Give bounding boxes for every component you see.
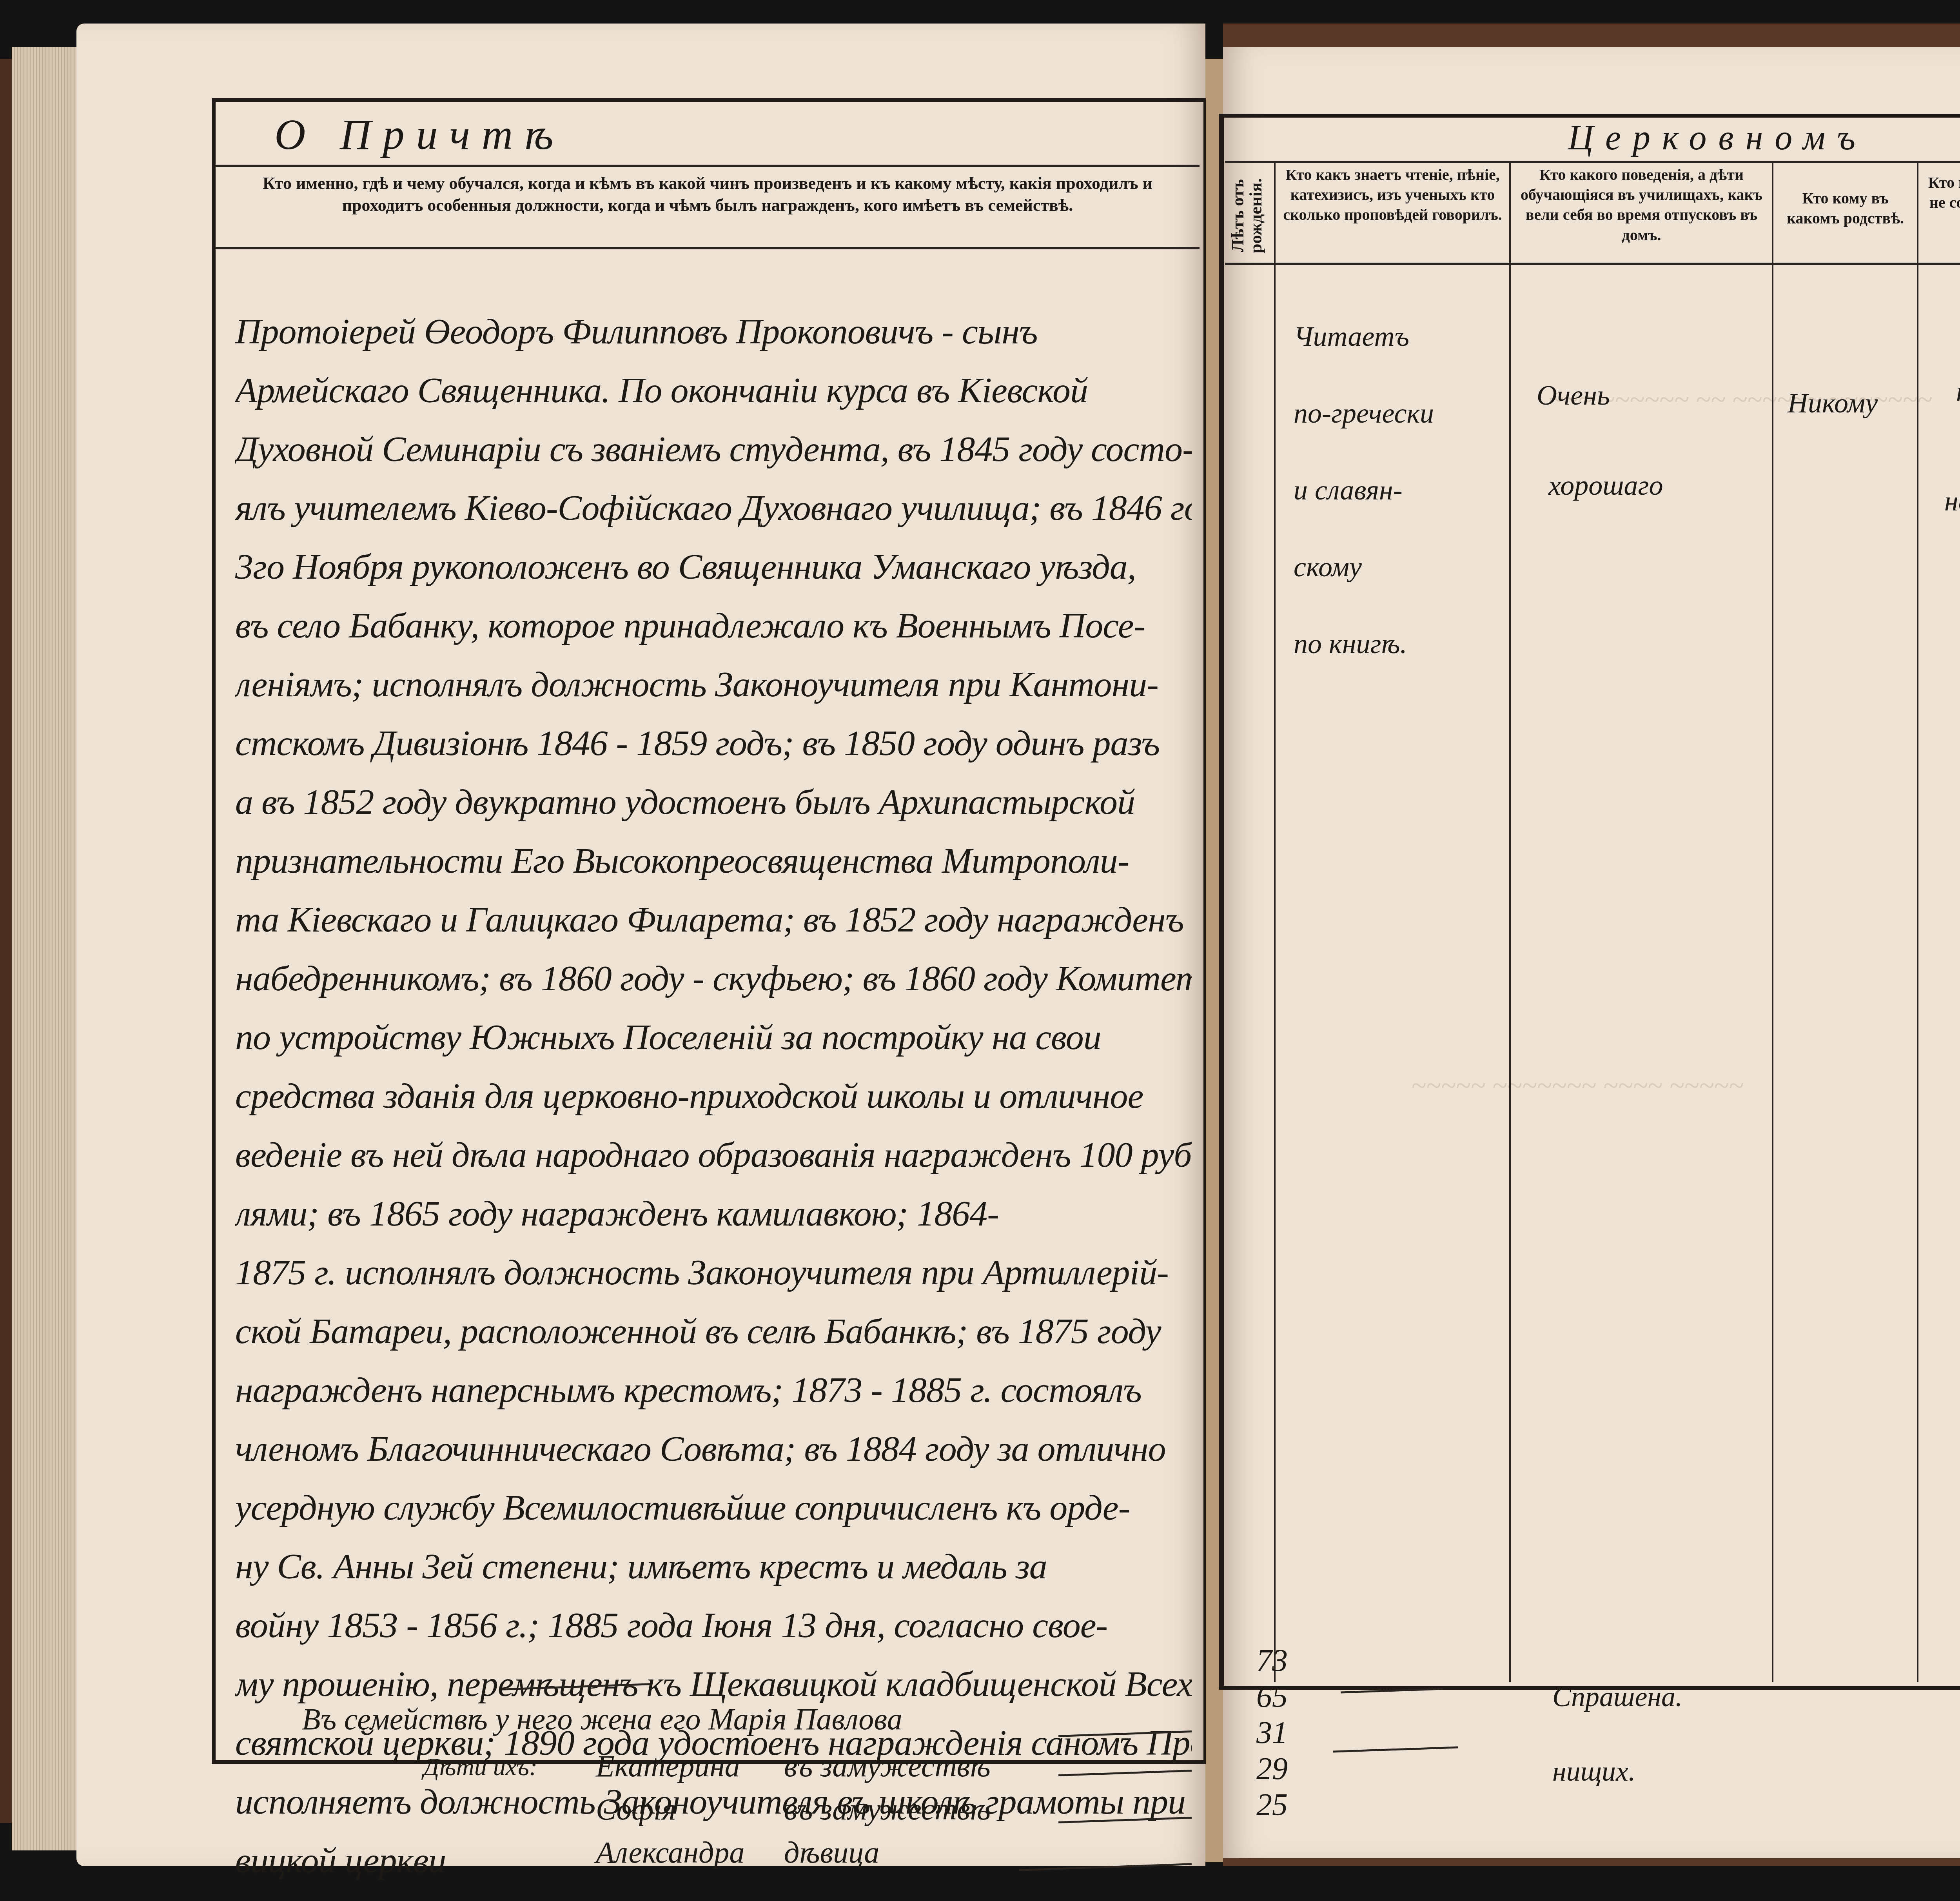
entry-line: стскомъ Дивизіонѣ 1846 - 1859 годъ; въ 1… [235, 714, 1192, 772]
reading-column-values: Читаетъ по-гречески и славян- скому по к… [1294, 298, 1434, 682]
entry-line: 3го Ноября рукоположенъ во Священника Ум… [235, 537, 1192, 596]
entry-line: ской Батареи, расположенной въ селѣ Баба… [235, 1302, 1192, 1360]
penalty-value: не былъ [1956, 353, 1960, 430]
age-value: 25 [1256, 1787, 1288, 1823]
entry-line: Армейскаго Священника. По окончаніи курс… [235, 361, 1192, 419]
left-page-title: О Причтѣ [274, 110, 565, 160]
kinship-column-header: Кто кому въ какомъ родствѣ. [1776, 188, 1915, 228]
child-name: Александра [596, 1835, 745, 1870]
column-divider [1274, 161, 1276, 1682]
right-header-rule [1225, 263, 1960, 265]
reading-column-header: Кто какъ знаетъ чтеніе, пѣніе, катехизис… [1278, 165, 1507, 225]
age-value: 29 [1256, 1751, 1288, 1787]
penalty-value: не состоитъ. [1944, 463, 1960, 539]
child-name: Софія [596, 1792, 676, 1827]
behavior-value: хорошаго [1548, 447, 1663, 524]
left-header-rule [216, 247, 1200, 249]
entry-line: въ село Бабанку, которое принадлежало къ… [235, 596, 1192, 655]
cell-text: по-гречески [1294, 375, 1434, 452]
right-title-rule [1225, 161, 1960, 163]
behavior-value: Спрашена. [1552, 1658, 1682, 1735]
entry-line: ну Св. Анны 3ей степени; имѣетъ крестъ и… [235, 1537, 1192, 1596]
cell-text: Читаетъ [1294, 298, 1434, 375]
entry-line: леніямъ; исполнялъ должность Законоучите… [235, 655, 1192, 714]
left-column-header: Кто именно, гдѣ и чему обучался, когда и… [227, 172, 1188, 217]
column-divider [1917, 161, 1918, 1682]
age-value: 65 [1256, 1679, 1288, 1715]
cell-text: скому [1294, 528, 1434, 605]
entry-line: войну 1853 - 1856 г.; 1885 года Іюня 13 … [235, 1596, 1192, 1654]
entry-line: веденіе въ ней дѣла народнаго образовані… [235, 1125, 1192, 1184]
entry-line: Протоіерей Өеодоръ Филипповъ Прокоповичъ… [235, 302, 1192, 361]
cell-text: по книгѣ. [1294, 605, 1434, 682]
entry-line: лями; въ 1865 году награжденъ камилавкою… [235, 1184, 1192, 1243]
entry-line: та Кіевскаго и Галицкаго Филарета; въ 18… [235, 890, 1192, 949]
child-name: Екатерина [596, 1748, 740, 1784]
entry-line: членомъ Благочинническаго Совѣта; въ 188… [235, 1419, 1192, 1478]
entry-line: признательности Его Высокопреосвященства… [235, 831, 1192, 890]
age-column-header: Лѣтъ отъ рожденія. [1229, 172, 1272, 259]
column-divider [1509, 161, 1511, 1682]
kinship-value: Никому [1788, 365, 1878, 441]
right-page-title: Церковномъ [1568, 118, 1867, 158]
child-status: въ замужествѣ [784, 1792, 991, 1827]
clergy-entry-text: Протоіерей Өеодоръ Филипповъ Прокоповичъ… [235, 302, 1192, 1890]
behavior-value: Очень [1537, 357, 1610, 434]
entry-line: а въ 1852 году двукратно удостоенъ былъ … [235, 772, 1192, 831]
penalty-column-header: Кто когда былъ штрафованъ или не состоял… [1921, 172, 1960, 233]
child-status: въ замужествѣ [784, 1748, 991, 1784]
entry-line: ялъ учителемъ Кіево-Софійскаго Духовнаго… [235, 478, 1192, 537]
child-status: дѣвица [784, 1835, 879, 1870]
cell-text: и славян- [1294, 452, 1434, 528]
behavior-column-header: Кто какого поведенія, а дѣти обучающіяся… [1513, 165, 1770, 245]
age-value: 73 [1256, 1643, 1288, 1679]
children-label: Дѣти ихъ: [423, 1752, 537, 1781]
entry-line: усердную службу Всемилостивѣйше сопричис… [235, 1478, 1192, 1537]
age-value: 31 [1256, 1715, 1288, 1751]
entry-line: по устройству Южныхъ Поселеній за постро… [235, 1008, 1192, 1066]
entry-line: Духовной Семинаріи съ званіемъ студента,… [235, 419, 1192, 478]
entry-line: набедренникомъ; въ 1860 году - скуфьею; … [235, 949, 1192, 1008]
left-title-rule [216, 165, 1200, 167]
behavior-value: нищих. [1552, 1733, 1635, 1810]
entry-line: 1875 г. исполнялъ должность Законоучител… [235, 1243, 1192, 1302]
family-wife-line: Въ семействѣ у него жена его Марія Павло… [302, 1701, 902, 1737]
column-divider [1772, 161, 1773, 1682]
entry-line: награжденъ наперснымъ крестомъ; 1873 - 1… [235, 1360, 1192, 1419]
entry-line: средства зданія для церковно-приходской … [235, 1066, 1192, 1125]
ages-column: 73 65 31 29 25 [1256, 1643, 1288, 1823]
